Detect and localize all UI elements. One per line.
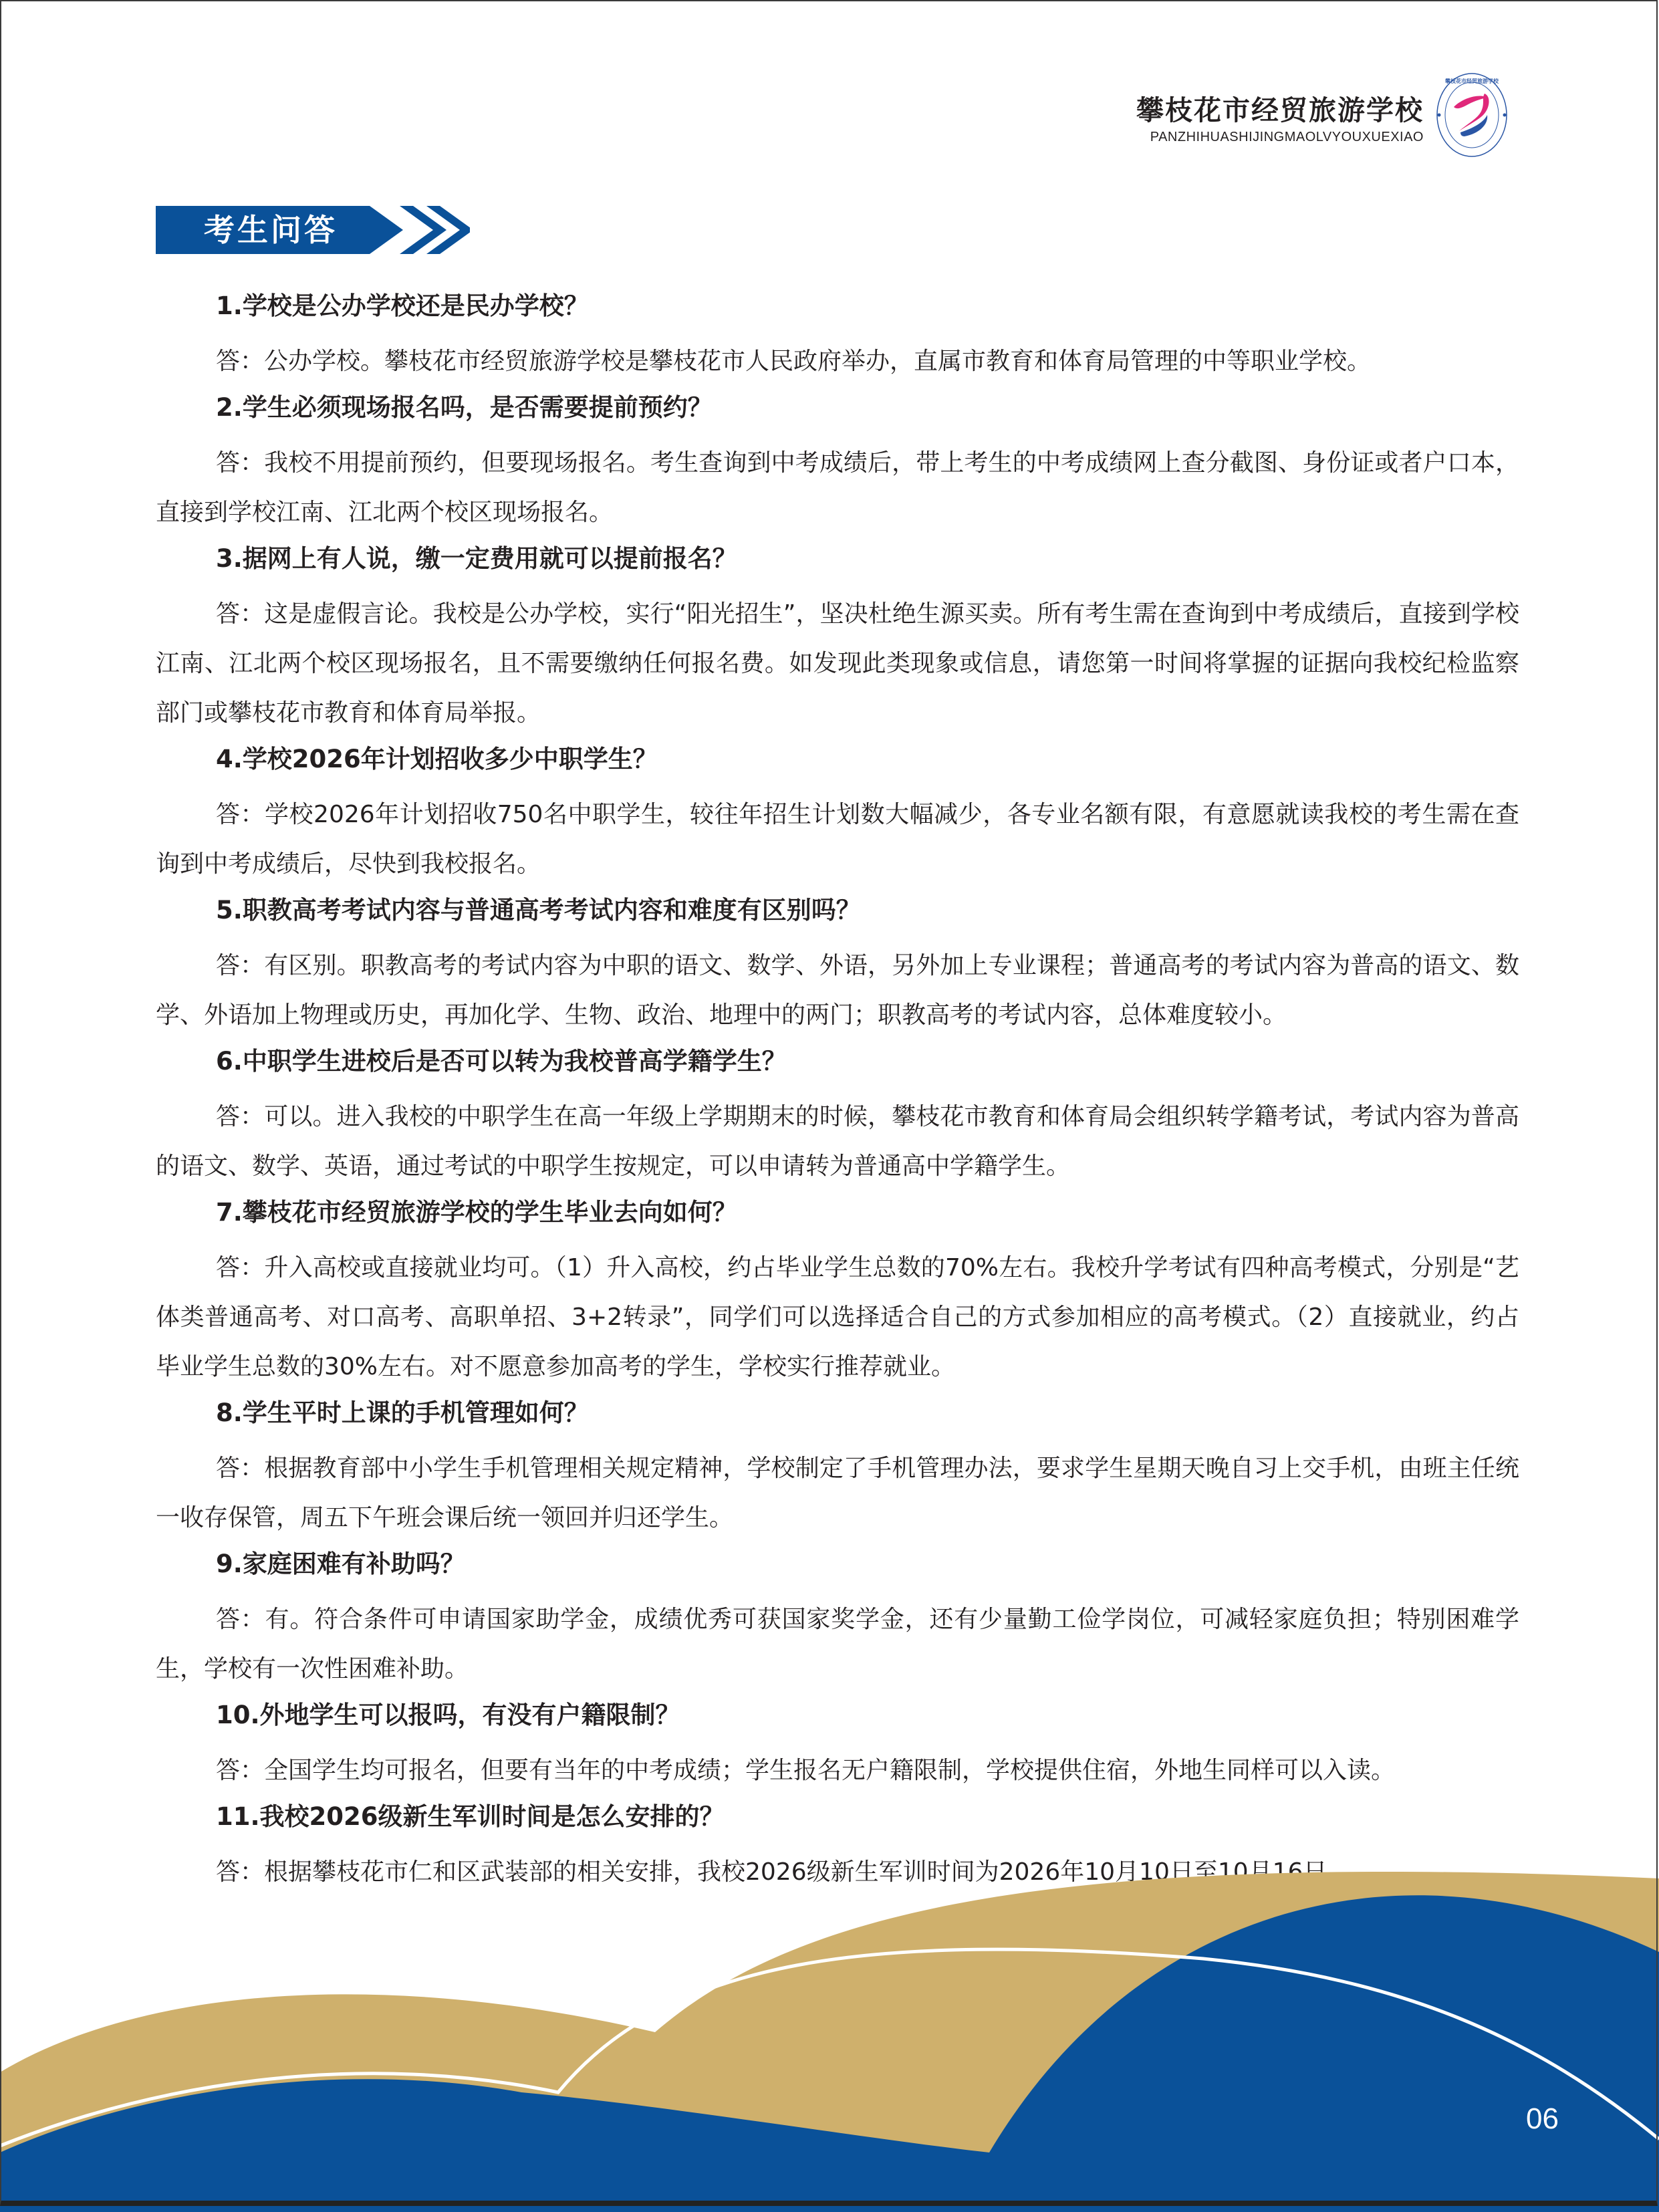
qa-item: 2.学生必须现场报名吗，是否需要提前预约？ 答：我校不用提前预约，但要现场报名。…	[156, 389, 1519, 537]
qa-item: 7.攀枝花市经贸旅游学校的学生毕业去向如何？ 答：升入高校或直接就业均可。（1）…	[156, 1194, 1519, 1392]
answer: 答：公办学校。攀枝花市经贸旅游学校是攀枝花市人民政府举办，直属市教育和体育局管理…	[156, 337, 1519, 386]
answer: 答：全国学生均可报名，但要有当年的中考成绩；学生报名无户籍限制，学校提供住宿，外…	[156, 1746, 1519, 1796]
school-name: 攀枝花市经贸旅游学校	[1130, 94, 1424, 127]
qa-item: 3.据网上有人说，缴一定费用就可以提前报名？ 答：这是虚假言论。我校是公办学校，…	[156, 540, 1519, 738]
section-title: 考生问答	[204, 206, 338, 254]
answer: 答：根据教育部中小学生手机管理相关规定精神，学校制定了手机管理办法，要求学生星期…	[156, 1444, 1519, 1543]
question: 2.学生必须现场报名吗，是否需要提前预约？	[156, 389, 1519, 426]
school-pinyin: PANZHIHUASHIJINGMAOLVYOUXUEXIAO	[1130, 130, 1424, 145]
question: 5.职教高考考试内容与普通高考考试内容和难度有区别吗？	[156, 892, 1519, 929]
svg-text:攀枝花市经贸旅游学校: 攀枝花市经贸旅游学校	[1445, 78, 1499, 84]
question: 3.据网上有人说，缴一定费用就可以提前报名？	[156, 540, 1519, 578]
qa-item: 5.职教高考考试内容与普通高考考试内容和难度有区别吗？ 答：有区别。职教高考的考…	[156, 892, 1519, 1040]
footer-wave-decoration	[0, 1838, 1659, 2212]
page-number: 06	[1526, 2102, 1559, 2136]
answer: 答：升入高校或直接就业均可。（1）升入高校，约占毕业学生总数的70%左右。我校升…	[156, 1243, 1519, 1392]
answer: 答：学校2026年计划招收750名中职学生，较往年招生计划数大幅减少，各专业名额…	[156, 790, 1519, 889]
question: 6.中职学生进校后是否可以转为我校普高学籍学生？	[156, 1043, 1519, 1080]
qa-list: 1.学校是公办学校还是民办学校？ 答：公办学校。攀枝花市经贸旅游学校是攀枝花市人…	[156, 287, 1519, 1900]
school-logo-icon: 攀枝花市经贸旅游学校	[1434, 67, 1511, 160]
question: 8.学生平时上课的手机管理如何？	[156, 1394, 1519, 1432]
answer: 答：这是虚假言论。我校是公办学校，实行“阳光招生”，坚决杜绝生源买卖。所有考生需…	[156, 590, 1519, 738]
question: 4.学校2026年计划招收多少中职学生？	[156, 741, 1519, 778]
qa-item: 4.学校2026年计划招收多少中职学生？ 答：学校2026年计划招收750名中职…	[156, 741, 1519, 889]
answer: 答：我校不用提前预约，但要现场报名。考生查询到中考成绩后，带上考生的中考成绩网上…	[156, 439, 1519, 537]
question: 7.攀枝花市经贸旅游学校的学生毕业去向如何？	[156, 1194, 1519, 1231]
section-banner: 考生问答	[156, 206, 470, 254]
qa-item: 10.外地学生可以报吗，有没有户籍限制？ 答：全国学生均可报名，但要有当年的中考…	[156, 1697, 1519, 1796]
page-header: 攀枝花市经贸旅游学校 PANZHIHUASHIJINGMAOLVYOUXUEXI…	[1130, 94, 1424, 145]
question: 1.学校是公办学校还是民办学校？	[156, 287, 1519, 325]
question: 11.我校2026级新生军训时间是怎么安排的？	[156, 1798, 1519, 1836]
answer: 答：可以。进入我校的中职学生在高一年级上学期期末的时候，攀枝花市教育和体育局会组…	[156, 1092, 1519, 1191]
qa-item: 6.中职学生进校后是否可以转为我校普高学籍学生？ 答：可以。进入我校的中职学生在…	[156, 1043, 1519, 1191]
qa-item: 9.家庭困难有补助吗？ 答：有。符合条件可申请国家助学金，成绩优秀可获国家奖学金…	[156, 1546, 1519, 1694]
answer: 答：有区别。职教高考的考试内容为中职的语文、数学、外语，另外加上专业课程；普通高…	[156, 941, 1519, 1040]
question: 10.外地学生可以报吗，有没有户籍限制？	[156, 1697, 1519, 1734]
question: 9.家庭困难有补助吗？	[156, 1546, 1519, 1583]
qa-item: 8.学生平时上课的手机管理如何？ 答：根据教育部中小学生手机管理相关规定精神，学…	[156, 1394, 1519, 1543]
qa-item: 1.学校是公办学校还是民办学校？ 答：公办学校。攀枝花市经贸旅游学校是攀枝花市人…	[156, 287, 1519, 386]
answer: 答：有。符合条件可申请国家助学金，成绩优秀可获国家奖学金，还有少量勤工俭学岗位，…	[156, 1595, 1519, 1694]
